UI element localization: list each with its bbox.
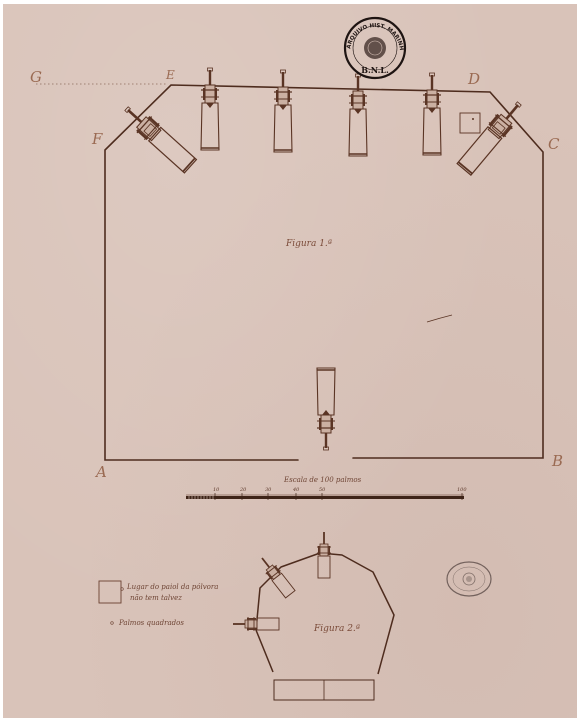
fig2-gun-top: [317, 532, 331, 578]
fig2-gun-left: [233, 617, 279, 631]
figure2-title: Figura 2.ª: [314, 624, 360, 634]
scale-tick-50: 50: [319, 487, 325, 493]
scale-tick-10: 10: [213, 487, 219, 493]
gun-right-bastion: [456, 96, 528, 176]
label-g: G: [30, 68, 42, 86]
top-stamp: ARQUIVO HIST. MARINHA E ULTRAMAR B.N.L.: [345, 18, 405, 78]
gun-4: [423, 73, 441, 155]
gun-left-bastion: [119, 100, 198, 174]
svg-text:B.N.L.: B.N.L.: [361, 65, 389, 75]
gun-3: [349, 74, 367, 156]
plan-drawing: ARQUIVO HIST. MARINHA E ULTRAMAR B.N.L.: [0, 0, 582, 722]
figure1-outline: [105, 85, 543, 460]
gun-2: [274, 70, 292, 152]
scale-bar: [186, 493, 464, 500]
bottom-stamp: [447, 562, 491, 596]
label-c: C: [548, 135, 559, 153]
legend-square: [99, 581, 121, 603]
fig2-gun-diag: [256, 554, 295, 599]
legend-item-1-line1: Lugar do paiol da pólvora: [127, 583, 218, 591]
legend-item-1-line2: não tem talvez: [130, 594, 182, 602]
figure1-title: Figura 1.ª: [286, 239, 332, 249]
gun-1: [201, 68, 219, 150]
powder-magazine-square: [460, 113, 480, 133]
gun-gate: [317, 368, 335, 450]
label-a: A: [96, 463, 107, 481]
scale-tick-20: 20: [240, 487, 246, 493]
scale-tick-30: 30: [265, 487, 271, 493]
scale-title: Escala de 100 palmos: [284, 476, 361, 484]
label-b: B: [552, 452, 563, 470]
label-d: D: [468, 70, 480, 88]
label-f: F: [92, 130, 102, 148]
legend-item-2: Palmos quadrados: [119, 619, 184, 627]
scale-tick-40: 40: [293, 487, 299, 493]
scale-tick-100: 100: [457, 487, 467, 493]
label-e: E: [166, 68, 175, 82]
